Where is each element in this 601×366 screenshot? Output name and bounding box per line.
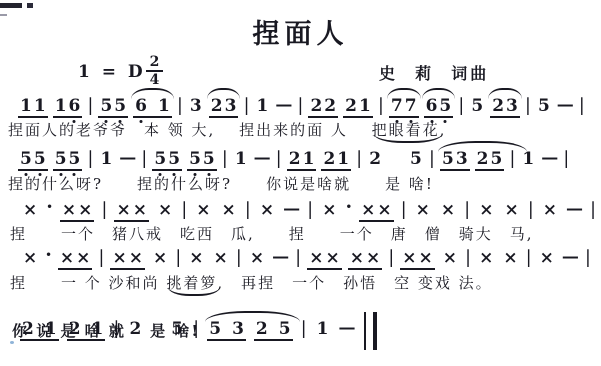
note-group: 65 [424, 98, 454, 118]
note-char: 1 [234, 151, 248, 169]
note-group: 21 [287, 151, 317, 171]
note-group: 55 [152, 151, 182, 171]
note-char: × [128, 250, 144, 268]
note-char: 5 [470, 98, 484, 116]
note-char: × [22, 250, 38, 268]
lyric-phrase: 捏 一个 猪八戒 吃西 瓜, 捏 一个 唐 僧 骑大 马, [10, 223, 534, 244]
beat-group: × [439, 202, 457, 220]
note-char: × [360, 202, 376, 220]
note-char: × [61, 202, 77, 220]
note-char: 6 [425, 98, 439, 116]
beat-group: × [477, 202, 495, 220]
barline: | [429, 150, 435, 169]
barline: | [181, 201, 187, 220]
note-char: 2 [210, 98, 224, 116]
note-char: × [542, 202, 558, 220]
final-barline [364, 312, 377, 350]
note-group: 1 [520, 151, 536, 169]
augmentation-dot: · [46, 198, 53, 218]
note-group: 5 [469, 98, 485, 116]
barline: | [356, 150, 362, 169]
barline: | [307, 201, 313, 220]
note-char: 3 [505, 98, 519, 116]
barline: | [87, 150, 93, 169]
barline: | [276, 150, 282, 169]
note-char: × [188, 250, 204, 268]
note-char: × [111, 250, 127, 268]
note-group: 1 [315, 321, 331, 339]
note-group: 23 [490, 98, 520, 118]
note-char: 2 [368, 151, 382, 169]
note-char: × [115, 202, 131, 220]
note-char: 2 [309, 98, 323, 116]
note-group: 77 [389, 98, 419, 118]
held-note-dash: — [254, 150, 271, 168]
barline: | [98, 249, 104, 268]
note-char: 2 [322, 151, 336, 169]
note-char: 2 [491, 98, 505, 116]
time-signature: 2 4 [146, 54, 163, 88]
note-gap [222, 321, 231, 339]
barline: | [464, 201, 470, 220]
barline: | [388, 249, 394, 268]
barline: | [141, 150, 147, 169]
barline: | [295, 249, 301, 268]
note-char: 5 [438, 98, 452, 116]
note-char: 5 [33, 151, 47, 169]
held-note-dash: — [119, 150, 136, 168]
note-group: 22 [308, 98, 338, 118]
barline: | [222, 150, 228, 169]
held-note-dash: — [557, 97, 574, 115]
note-char: 5 [537, 98, 551, 116]
note-char: × [503, 202, 519, 220]
note-char: 5 [167, 151, 181, 169]
beat-group: × [501, 250, 519, 268]
note-char: 5 [188, 151, 202, 169]
note-char: × [75, 250, 91, 268]
lyrics-line-4: 捏 一 个 沙和尚 挑着箩, 再捏 一个 孙悟 空 变戏 法。 [10, 272, 493, 293]
note-char: × [195, 202, 211, 220]
barline: | [458, 97, 464, 116]
scan-artifact [10, 341, 14, 344]
song-title: 捏面人 [0, 12, 601, 51]
barline: | [87, 97, 93, 116]
lyrics-line-2: 捏的什么呀? 捏的什么呀? 你说是啥就 是 啥! [8, 173, 434, 194]
note-char: × [440, 202, 456, 220]
slur-arc [131, 88, 174, 99]
barline: | [101, 201, 107, 220]
note-char: 1 [316, 321, 330, 339]
note-char: × [418, 250, 434, 268]
note-group: 21 [343, 98, 373, 118]
note-char: × [22, 202, 38, 220]
note-char: 5 [441, 151, 455, 169]
note-char: × [152, 250, 168, 268]
key-signature: 1 = D [78, 62, 146, 82]
augmentation-dot: · [45, 246, 52, 266]
note-group: 55 [18, 151, 48, 171]
note-char: × [308, 250, 324, 268]
composer-credit: 史 莉 词曲 [379, 61, 489, 84]
note-char: × [157, 202, 173, 220]
note-group: 25 [254, 321, 293, 341]
note-char: 1 [521, 151, 535, 169]
held-note-dash: — [566, 201, 583, 219]
note-char: 5 [278, 321, 292, 339]
beat-group: × [414, 202, 432, 220]
slur-arc [207, 88, 241, 99]
note-gap [269, 321, 278, 339]
lyric-phrase-arced: 挑着箩, [166, 272, 224, 293]
note-char: 5 [409, 151, 423, 169]
beat-group: × [194, 202, 212, 220]
note-char: 5 [490, 151, 504, 169]
note-char: 2 [476, 151, 490, 169]
note-char: 1 [54, 98, 68, 116]
note-group: 3 [188, 98, 204, 116]
beat-group: × [220, 202, 238, 220]
barline: | [301, 320, 307, 339]
note-group: 23 [209, 98, 239, 118]
notation-line-1: 1116|5561|323|1—|2221|7765|523|5—| [18, 97, 585, 118]
note-char: × [365, 250, 381, 268]
held-note-dash: — [339, 320, 356, 338]
held-note-dash: — [275, 97, 292, 115]
note-char: 3 [189, 98, 203, 116]
note-char: × [324, 250, 340, 268]
held-note-dash: — [283, 201, 300, 219]
augmentation-dot: · [345, 198, 352, 218]
note-char: × [213, 250, 229, 268]
note-char: 5 [113, 98, 127, 116]
note-char: × [59, 250, 75, 268]
beat-group: × [258, 202, 276, 220]
note-group: 55 [98, 98, 128, 118]
beat-group: × [320, 202, 338, 220]
note-gap [148, 98, 157, 116]
note-char: 7 [404, 98, 418, 116]
note-char: × [132, 202, 148, 220]
barline: | [378, 97, 384, 116]
barline: | [236, 249, 242, 268]
note-group: 11 [18, 98, 48, 118]
note-group: 53 [440, 151, 470, 171]
beat-group: ×× [359, 202, 394, 222]
slur-arc [387, 88, 421, 99]
note-char: 5 [202, 151, 216, 169]
note-char: 2 [323, 98, 337, 116]
note-char: × [221, 202, 237, 220]
note-char: 2 [255, 321, 269, 339]
slur-arc [488, 88, 522, 99]
beat-group: × [151, 250, 169, 268]
note-char: 5 [99, 98, 113, 116]
lyric-phrase: 你 说 是 啥 就 是 啥! [12, 320, 200, 341]
note-char: 1 [256, 98, 270, 116]
beat-group: × [441, 250, 459, 268]
note-char: 5 [208, 321, 222, 339]
note-char: 2 [344, 98, 358, 116]
note-char: 6 [134, 98, 148, 116]
beat-group: ×× [348, 250, 383, 270]
lyric-phrase-arced: 把眼看花, [372, 119, 447, 140]
beat-group: ×× [110, 250, 145, 270]
beat-group: × [538, 250, 556, 268]
barline: | [509, 150, 515, 169]
note-char: 1 [33, 98, 47, 116]
note-group: 16 [53, 98, 83, 118]
note-char: × [376, 202, 392, 220]
scan-artifact [0, 3, 22, 8]
beat-group: × [187, 250, 205, 268]
lyric-phrase: 再捏 一个 孙悟 空 变戏 法。 [224, 272, 493, 293]
lyric-phrase: 捏面人的老爷爷 本 领 大, 捏出来的面 人 [8, 119, 372, 140]
barline: | [465, 249, 471, 268]
beat-group: × [156, 202, 174, 220]
lyric-phrase: 捏的什么呀? 捏的什么呀? 你说是啥就 是 啥! [8, 173, 434, 194]
beat-group: × [502, 202, 520, 220]
held-note-dash: — [272, 249, 289, 267]
beat-group: ×× [400, 250, 435, 270]
note-char: 5 [68, 151, 82, 169]
time-signature-numerator: 2 [146, 54, 163, 70]
beat-group: × [541, 202, 559, 220]
note-char: 1 [302, 151, 316, 169]
barline: | [177, 97, 183, 116]
note-group: 1 [233, 151, 249, 169]
note-group: 61 [133, 98, 172, 118]
held-note-dash: — [541, 150, 558, 168]
note-char: × [415, 202, 431, 220]
lyrics-line-1: 捏面人的老爷爷 本 领 大, 捏出来的面 人 把眼看花, [8, 119, 446, 140]
notation-line-2: 5555|1—|5555|1—|2121|25|5325|1—| [18, 150, 569, 171]
note-char: × [321, 202, 337, 220]
note-char: 7 [390, 98, 404, 116]
note-group: 21 [321, 151, 351, 171]
barline: | [563, 150, 569, 169]
note-char: × [349, 250, 365, 268]
note-char: 5 [19, 151, 33, 169]
sheet-music-page: 捏面人 1 = D 2 4 史 莉 词曲 1116|5561|323|1—|22… [0, 0, 601, 366]
beat-group: × [21, 202, 39, 220]
beat-group: ×× [307, 250, 342, 270]
note-char: 1 [336, 151, 350, 169]
barline: | [297, 97, 303, 116]
note-char: × [539, 250, 555, 268]
barline: | [243, 97, 249, 116]
note-char: 3 [224, 98, 238, 116]
beat-group: × [212, 250, 230, 268]
beat-group: ×× [114, 202, 149, 222]
lyrics-line-3: 捏 一个 猪八戒 吃西 瓜, 捏 一个 唐 僧 骑大 马, [10, 223, 534, 244]
note-char: × [401, 250, 417, 268]
note-group: 1 [98, 151, 114, 169]
note-char: × [478, 250, 494, 268]
note-char: 1 [358, 98, 372, 116]
barline: | [525, 97, 531, 116]
note-group: 5 [408, 151, 424, 169]
time-signature-denominator: 4 [146, 70, 163, 88]
slur-arc [422, 88, 456, 99]
note-char: 6 [68, 98, 82, 116]
note-char: 5 [54, 151, 68, 169]
note-char: 1 [157, 98, 171, 116]
barline: | [528, 201, 534, 220]
note-group: 5 [536, 98, 552, 116]
note-group: 2 [367, 151, 383, 169]
beat-group: × [248, 250, 266, 268]
notation-line-3: ×·××|×××|××|×—|×·××|××|××|×—| [21, 200, 596, 222]
barline: | [175, 249, 181, 268]
note-char: × [478, 202, 494, 220]
note-group: 55 [53, 151, 83, 171]
note-char: × [77, 202, 93, 220]
note-group: 1 [255, 98, 271, 116]
beat-group: ×× [58, 250, 93, 270]
barline: | [401, 201, 407, 220]
note-group: 53 [207, 321, 246, 341]
note-char: 3 [455, 151, 469, 169]
note-group: 25 [475, 151, 505, 171]
lyric-phrase: 捏 一 个 沙和尚 [10, 272, 166, 293]
scan-artifact [27, 3, 33, 8]
notation-line-4: ×·××|×××|××|×—|××××|×××|××|×—| [21, 248, 591, 270]
barline: | [590, 201, 596, 220]
note-char: 5 [153, 151, 167, 169]
lyrics-line-5: 你 说 是 啥 就 是 啥! [12, 320, 200, 341]
held-note-dash: — [562, 249, 579, 267]
barline: | [245, 201, 251, 220]
note-char: 1 [99, 151, 113, 169]
note-char: × [259, 202, 275, 220]
note-char: × [442, 250, 458, 268]
note-char: 3 [231, 321, 245, 339]
beat-group: × [477, 250, 495, 268]
note-group: 55 [187, 151, 217, 171]
note-char: 2 [288, 151, 302, 169]
beat-group: ×× [60, 202, 95, 222]
note-char: × [249, 250, 265, 268]
barline: | [579, 97, 585, 116]
note-char: 1 [19, 98, 33, 116]
barline: | [526, 249, 532, 268]
barline: | [585, 249, 591, 268]
note-char: × [502, 250, 518, 268]
beat-group: × [21, 250, 39, 268]
